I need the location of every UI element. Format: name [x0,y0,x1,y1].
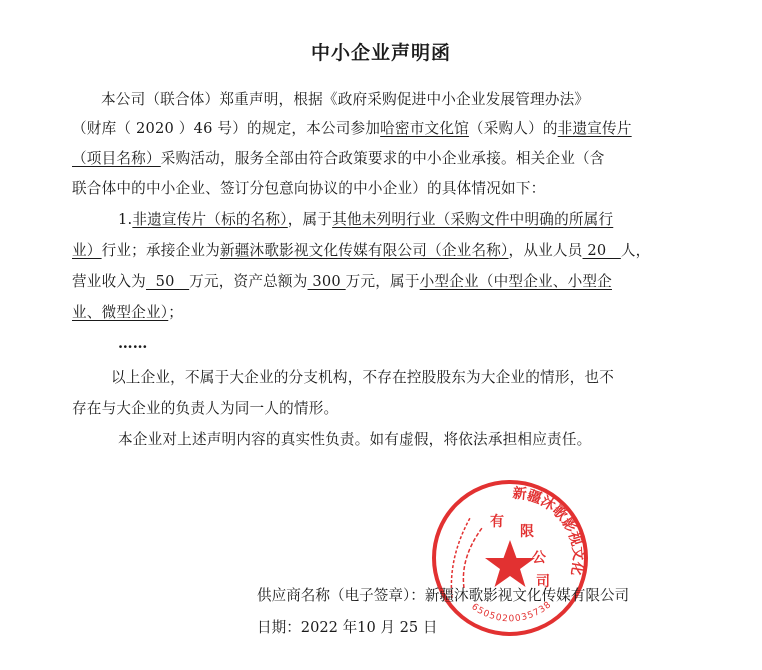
text: 存在与大企业的负责人为同一人的情形。 [72,400,338,417]
para1-line2: （财库（ 2020 ）46 号）的规定，本公司参加哈密市文化馆（采购人）的非遗宣… [72,119,672,139]
supplier-line: 供应商名称（电子签章）：新疆沐歌影视文化传媒有限公司 [257,584,629,605]
industry-name-cont: 业） [72,242,102,259]
svg-text:有: 有 [490,513,504,530]
svg-text:新疆沐歌影视文化传媒: 新疆沐歌影视文化传媒 [430,478,587,577]
enterprise-size: 小型企业（中型企业、小型企 [420,273,612,290]
para2-line1: 以上企业，不属于大企业的分支机构，不存在控股股东为大企业的情形，也不 [82,368,682,388]
text: 联合体中的中小企业、签订分包意向协议的中小企业）的具体情况如下： [72,180,545,197]
date-line: 日期：2022 年10 月 25 日 [257,616,437,637]
purchaser-name: 哈密市文化馆 [380,120,469,137]
text: 营业收入为 [72,273,146,290]
company-seal-icon: 新疆沐歌影视文化传媒 6505020035738 有 限 公 司 [430,478,590,638]
para1-line1: 本公司（联合体）郑重声明，根据《政府采购促进中小企业发展管理办法》 [72,90,672,110]
supplier-label: 供应商名称（电子签章）： [257,587,425,604]
assets-value: 300 [308,273,346,290]
supplier-name: 新疆沐歌影视文化传媒有限公司 [425,587,629,604]
text: …… [72,335,148,352]
date-value: 2022 年10 月 25 日 [301,619,438,636]
item-number: 1. [72,211,132,228]
employee-count: 20 [583,242,621,259]
para1-line3: （项目名称）采购活动，服务全部由符合政策要求的中小企业承接。相关企业（含 [72,149,672,169]
text: 万元，资产总额为 [189,273,307,290]
para2-line2: 存在与大企业的负责人为同一人的情形。 [72,399,672,419]
enterprise-size-cont: 业、微型企业） [72,304,168,321]
text: 万元，属于 [346,273,420,290]
text: 采购活动，服务全部由符合政策要求的中小企业承接。相关企业（含 [161,150,605,167]
item1-line4: 业、微型企业）； [72,303,672,323]
para3: 本企业对上述声明内容的真实性负责。如有虚假，将依法承担相应责任。 [72,430,672,450]
svg-text:公: 公 [532,550,547,566]
project-label: （项目名称） [72,150,161,167]
svg-text:限: 限 [520,523,534,540]
item1-line2: 业）行业；承接企业为新疆沐歌影视文化传媒有限公司（企业名称），从业人员 20 人… [72,241,672,261]
text: （财库（ 2020 ）46 号）的规定，本公司参加 [72,120,380,137]
text: ，从业人员 [509,242,583,259]
text: 本企业对上述声明内容的真实性负责。如有虚假，将依法承担相应责任。 [72,431,591,448]
subject-name: 非遗宣传片（标的名称） [132,211,287,228]
text: 以上企业，不属于大企业的分支机构，不存在控股股东为大企业的情形，也不 [82,369,614,386]
text: （采购人）的 [469,120,558,137]
text: 本公司（联合体）郑重声明，根据《政府采购促进中小企业发展管理办法》 [72,91,589,108]
item1-line1: 1.非遗宣传片（标的名称），属于其他未列明行业（采购文件中明确的所属行 [72,210,672,230]
date-label: 日期： [257,619,301,636]
document-title: 中小企业声明函 [0,38,762,65]
company-name: 新疆沐歌影视文化传媒有限公司（企业名称） [220,242,509,259]
para1-line4: 联合体中的中小企业、签订分包意向协议的中小企业）的具体情况如下： [72,179,672,199]
ellipsis: …… [72,334,672,354]
text: 行业；承接企业为 [102,242,220,259]
text: 人， [621,242,651,259]
revenue-value: 50 [146,273,189,290]
text: ； [168,304,183,321]
industry-name: 其他未列明行业（采购文件中明确的所属行 [332,211,613,228]
item1-line3: 营业收入为 50 万元，资产总额为 300 万元，属于小型企业（中型企业、小型企 [72,272,672,292]
text: ，属于 [288,211,332,228]
project-name: 非遗宣传片 [558,120,632,137]
